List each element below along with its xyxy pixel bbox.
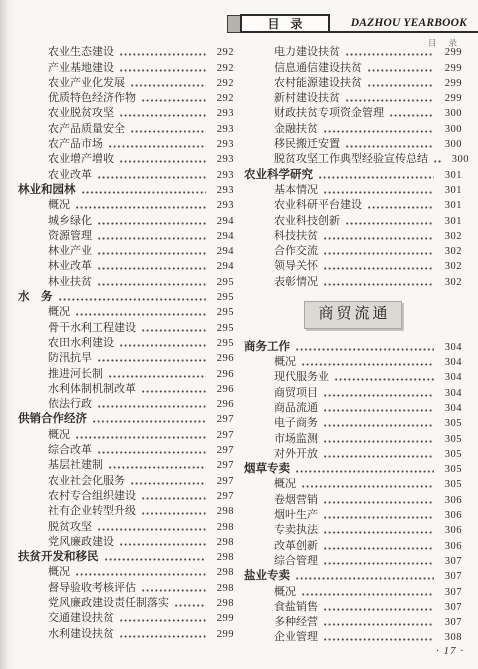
toc-entry-label: 防汛抗旱: [48, 352, 92, 365]
dot-leader: [323, 424, 434, 427]
toc-entry-page: 293: [210, 199, 234, 212]
toc-entry-label: 农业脱贫攻坚: [48, 107, 114, 120]
dot-leader: [323, 562, 434, 565]
dot-leader: [92, 420, 206, 423]
dot-leader: [367, 69, 434, 72]
toc-entry: 食盐销售307: [244, 599, 462, 614]
dot-leader: [97, 451, 206, 454]
dot-leader: [130, 482, 206, 485]
dot-leader: [130, 84, 206, 87]
dot-leader: [141, 390, 206, 393]
dot-leader: [318, 176, 434, 179]
toc-entry-label: 商品流通: [274, 402, 318, 415]
toc-entry: 水利建设扶贫299: [18, 625, 234, 640]
toc-entry-label: 科技扶贫: [274, 230, 318, 243]
toc-entry-label: 依法行政: [48, 398, 92, 411]
toc-entry-page: 300: [445, 153, 469, 166]
toc-entry-page: 304: [438, 387, 462, 400]
toc-entry-page: 305: [438, 448, 462, 461]
dot-leader: [323, 547, 434, 550]
toc-entry: 林业改革294: [18, 258, 234, 273]
toc-entry-page: 304: [438, 371, 462, 384]
dot-leader: [119, 160, 206, 163]
dot-leader: [119, 53, 206, 56]
toc-entry: 农业科技创新301: [244, 212, 462, 227]
dot-leader: [104, 558, 207, 561]
dot-leader: [97, 252, 206, 255]
toc-entry-label: 概况: [48, 306, 70, 319]
toc-entry-label: 城乡绿化: [48, 215, 92, 228]
toc-entry-label: 对外开放: [274, 448, 318, 461]
toc-entry-page: 299: [438, 46, 462, 59]
toc-entry: 市场监测305: [244, 430, 462, 445]
toc-entry: 水利体制机制改革296: [18, 381, 234, 396]
toc-entry-page: 296: [210, 352, 234, 365]
dot-leader: [119, 114, 206, 117]
toc-entry-label: 概况: [48, 429, 70, 442]
toc-entry-page: 297: [210, 413, 234, 426]
toc-entry-label: 产业基地建设: [48, 62, 114, 75]
toc-entry-page: 294: [210, 230, 234, 243]
toc-entry: 企业管理308: [244, 629, 462, 644]
yearbook-toc-page: 目 录 DAZHOU YEARBOOK 目 录 农业生态建设292产业基地建设2…: [0, 0, 478, 669]
dot-leader: [141, 329, 206, 332]
toc-entry-page: 295: [210, 337, 234, 350]
toc-entry-label: 移民搬迁安置: [274, 138, 340, 151]
toc-entry-page: 297: [210, 490, 234, 503]
toc-entry-label: 电子商务: [274, 417, 318, 430]
dot-leader: [323, 501, 434, 504]
toc-entry-label: 烟草专卖: [244, 463, 290, 476]
toc-entry-page: 305: [438, 463, 462, 476]
dot-leader: [75, 206, 206, 209]
toc-entry-page: 298: [210, 551, 234, 564]
toc-entry-page: 299: [438, 77, 462, 90]
toc-entry-page: 299: [438, 92, 462, 105]
toc-entry-label: 综合管理: [274, 555, 318, 568]
toc-entry: 林业和园林293: [18, 182, 234, 197]
dot-leader: [323, 252, 434, 255]
toc-entry-page: 307: [438, 555, 462, 568]
dot-leader: [108, 145, 206, 148]
toc-entry-page: 306: [438, 494, 462, 507]
toc-entry: 概况304: [244, 354, 462, 369]
toc-entry-page: 306: [438, 540, 462, 553]
toc-entry-label: 农业增产增收: [48, 153, 114, 166]
toc-entry: 综合管理307: [244, 553, 462, 568]
toc-entry: 农业增产增收293: [18, 151, 234, 166]
dot-leader: [141, 589, 206, 592]
dot-leader: [97, 267, 206, 270]
part-divider: 商贸流通: [304, 301, 401, 329]
dot-leader: [119, 619, 206, 622]
toc-entry-page: 305: [438, 433, 462, 446]
dot-leader: [323, 237, 434, 240]
toc-entry-label: 交通建设扶贫: [48, 612, 114, 625]
toc-column-right: 电力建设扶贫299信息通信建设扶贫299农村能源建设扶贫299新村建设扶贫299…: [244, 44, 462, 644]
toc-entry-label: 社有企业转型升级: [48, 505, 136, 518]
toc-entry-label: 供销合作经济: [18, 413, 87, 426]
toc-entry: 商务工作304: [244, 339, 462, 354]
toc-entry-page: 296: [210, 368, 234, 381]
toc-entry-page: 307: [438, 601, 462, 614]
toc-entry-page: 295: [210, 291, 234, 304]
toc-entry-page: 298: [210, 582, 234, 595]
dot-leader: [345, 53, 434, 56]
dot-leader: [97, 237, 206, 240]
toc-entry-label: 概况: [274, 356, 296, 369]
toc-entry: 农业改革293: [18, 166, 234, 181]
dot-leader: [323, 283, 434, 286]
toc-entry: 信息通信建设扶贫299: [244, 59, 462, 74]
toc-entry-page: 294: [210, 215, 234, 228]
toc-entry-page: 296: [210, 383, 234, 396]
dot-leader: [433, 160, 441, 163]
toc-entry-page: 302: [438, 276, 462, 289]
dot-leader: [97, 405, 206, 408]
toc-entry-label: 合作交流: [274, 245, 318, 258]
toc-entry-label: 概况: [274, 586, 296, 599]
toc-entry-label: 扶贫开发和移民: [18, 551, 99, 564]
toc-entry-page: 308: [438, 631, 462, 644]
dot-leader: [323, 455, 434, 458]
dot-leader: [323, 623, 434, 626]
toc-entry: 概况307: [244, 583, 462, 598]
dot-leader: [75, 313, 206, 316]
toc-entry: 推进河长制296: [18, 365, 234, 380]
toc-entry: 林业扶贫295: [18, 273, 234, 288]
toc-entry-label: 农业生态建设: [48, 46, 114, 59]
dot-leader: [323, 130, 434, 133]
dot-leader: [75, 436, 206, 439]
dot-leader: [295, 577, 434, 580]
toc-entry-label: 脱贫攻坚: [48, 521, 92, 534]
toc-entry: 新村建设扶贫299: [244, 90, 462, 105]
toc-entry: 供销合作经济297: [18, 411, 234, 426]
toc-entry-page: 293: [210, 123, 234, 136]
toc-entry: 农业社会化服务297: [18, 472, 234, 487]
toc-entry-label: 概况: [48, 566, 70, 579]
dot-leader: [119, 543, 206, 546]
toc-tab: 目 录: [240, 14, 330, 33]
dot-leader: [295, 470, 434, 473]
toc-entry-label: 综合改革: [48, 444, 92, 457]
toc-entry-page: 292: [210, 92, 234, 105]
dot-leader: [108, 375, 206, 378]
toc-entry: 盐业专卖307: [244, 568, 462, 583]
toc-entry-label: 多种经营: [274, 616, 318, 629]
toc-entry-page: 304: [438, 402, 462, 415]
toc-entry-page: 297: [210, 459, 234, 472]
toc-entry-label: 农业改革: [48, 169, 92, 182]
toc-entry-page: 300: [438, 107, 462, 120]
toc-entry: 农业产业化发展292: [18, 75, 234, 90]
toc-entry-label: 现代服务业: [274, 371, 329, 384]
toc-entry: 资源管理294: [18, 228, 234, 243]
yearbook-brand: DAZHOU YEARBOOK: [337, 17, 467, 29]
toc-entry: 农产品质量安全293: [18, 120, 234, 135]
toc-entry: 卷烟营销306: [244, 491, 462, 506]
toc-entry-label: 企业管理: [274, 631, 318, 644]
dot-leader: [97, 528, 206, 531]
dot-leader: [323, 394, 434, 397]
toc-entry: 农业生态建设292: [18, 44, 234, 59]
toc-entry-label: 金融扶贫: [274, 123, 318, 136]
dot-leader: [130, 130, 206, 133]
toc-entry: 表彰情况302: [244, 273, 462, 288]
dot-leader: [301, 593, 434, 596]
toc-entry-page: 300: [438, 138, 462, 151]
toc-entry-label: 水利体制机制改革: [48, 383, 136, 396]
dot-leader: [81, 191, 207, 194]
toc-entry: 科技扶贫302: [244, 228, 462, 243]
toc-entry-label: 林业产业: [48, 245, 92, 258]
dot-leader: [97, 359, 206, 362]
toc-entry: 产业基地建设292: [18, 59, 234, 74]
toc-entry-page: 295: [210, 322, 234, 335]
toc-entry: 对外开放305: [244, 446, 462, 461]
header-tab-square-icon: [227, 15, 241, 33]
toc-entry: 商品流通304: [244, 400, 462, 415]
toc-entry-page: 292: [210, 77, 234, 90]
toc-entry-page: 297: [210, 475, 234, 488]
toc-entry-label: 水 务: [18, 291, 53, 304]
toc-entry-page: 301: [438, 169, 462, 182]
toc-entry-page: 301: [438, 215, 462, 228]
toc-entry-page: 306: [438, 524, 462, 537]
toc-entry: 概况305: [244, 476, 462, 491]
dot-leader: [141, 497, 206, 500]
toc-entry-page: 305: [438, 478, 462, 491]
toc-entry: 脱贫攻坚工作典型经验宣传总结300: [244, 151, 462, 166]
toc-entry-label: 农业社会化服务: [48, 475, 125, 488]
toc-entry-label: 骨干水利工程建设: [48, 322, 136, 335]
toc-entry-page: 293: [210, 184, 234, 197]
dot-leader: [345, 145, 434, 148]
toc-entry-page: 302: [438, 245, 462, 258]
toc-entry: 基本情况301: [244, 182, 462, 197]
dot-leader: [323, 440, 434, 443]
toc-entry-page: 299: [210, 612, 234, 625]
toc-entry-page: 293: [210, 153, 234, 166]
toc-entry-page: 298: [210, 505, 234, 518]
toc-entry-label: 卷烟营销: [274, 494, 318, 507]
toc-entry: 金融扶贫300: [244, 120, 462, 135]
dot-leader: [295, 348, 434, 351]
toc-entry-label: 农田水利建设: [48, 337, 114, 350]
toc-entry-page: 295: [210, 276, 234, 289]
toc-entry-label: 推进河长制: [48, 368, 103, 381]
toc-entry: 概况297: [18, 426, 234, 441]
toc-entry: 现代服务业304: [244, 369, 462, 384]
toc-entry: 农村专合组织建设297: [18, 488, 234, 503]
toc-entry-page: 304: [438, 356, 462, 369]
toc-entry-label: 商贸项目: [274, 387, 318, 400]
toc-entry-label: 党风廉政建设: [48, 536, 114, 549]
toc-entry-page: 307: [438, 616, 462, 629]
toc-entry-page: 302: [438, 230, 462, 243]
toc-entry: 党风廉政建设298: [18, 534, 234, 549]
toc-entry: 督导验收考核评估298: [18, 579, 234, 594]
dot-leader: [97, 222, 206, 225]
toc-entry-label: 改革创新: [274, 540, 318, 553]
toc-entry: 财政扶贫专项资金管理300: [244, 105, 462, 120]
toc-entry: 多种经营307: [244, 614, 462, 629]
toc-entry-page: 293: [210, 138, 234, 151]
toc-entry-page: 294: [210, 260, 234, 273]
toc-entry-label: 脱贫攻坚工作典型经验宣传总结: [274, 153, 428, 166]
toc-entry: 改革创新306: [244, 537, 462, 552]
dot-leader: [119, 69, 206, 72]
toc-entry: 骨干水利工程建设295: [18, 319, 234, 334]
dot-leader: [323, 191, 434, 194]
toc-entry-label: 资源管理: [48, 230, 92, 243]
toc-entry-page: 305: [438, 417, 462, 430]
toc-entry: 农业脱贫攻坚293: [18, 105, 234, 120]
toc-entry: 城乡绿化294: [18, 212, 234, 227]
toc-entry: 电子商务305: [244, 415, 462, 430]
toc-entry-label: 农村专合组织建设: [48, 490, 136, 503]
toc-entry-page: 296: [210, 398, 234, 411]
toc-entry-page: 304: [438, 341, 462, 354]
toc-entry: 专卖执法306: [244, 522, 462, 537]
toc-entry-label: 农业科研平台建设: [274, 199, 362, 212]
toc-entry-page: 292: [210, 62, 234, 75]
toc-entry: 合作交流302: [244, 243, 462, 258]
dot-leader: [119, 344, 206, 347]
toc-entry-page: 301: [438, 184, 462, 197]
toc-entry: 电力建设扶贫299: [244, 44, 462, 59]
toc-entry-page: 292: [210, 46, 234, 59]
toc-entry: 商贸项目304: [244, 384, 462, 399]
toc-entry-page: 299: [438, 62, 462, 75]
toc-column-left: 农业生态建设292产业基地建设292农业产业化发展292优质特色经济作物292农…: [18, 44, 234, 641]
toc-entry-page: 301: [438, 199, 462, 212]
toc-entry: 农业科学研究301: [244, 166, 462, 181]
toc-entry-label: 农产品市场: [48, 138, 103, 151]
toc-entry: 综合改革297: [18, 442, 234, 457]
toc-entry-label: 党风廉政建设责任制落实: [48, 597, 169, 610]
toc-entry: 概况293: [18, 197, 234, 212]
toc-entry: 党风廉政建设责任制落实298: [18, 595, 234, 610]
toc-entry: 林业产业294: [18, 243, 234, 258]
toc-entry-page: 294: [210, 245, 234, 258]
dot-leader: [367, 206, 434, 209]
dot-leader: [141, 99, 206, 102]
toc-entry-label: 电力建设扶贫: [274, 46, 340, 59]
toc-entry-page: 295: [210, 306, 234, 319]
dot-leader: [323, 638, 434, 641]
toc-entry-label: 林业改革: [48, 260, 92, 273]
dot-leader: [301, 485, 434, 488]
toc-entry-label: 农业产业化发展: [48, 77, 125, 90]
dot-leader: [301, 363, 434, 366]
toc-entry-label: 水利建设扶贫: [48, 628, 114, 641]
dot-leader: [174, 604, 206, 607]
toc-entry-label: 农村能源建设扶贫: [274, 77, 362, 90]
toc-entry-label: 农业科学研究: [244, 169, 313, 182]
toc-entry: 水 务295: [18, 289, 234, 304]
toc-entry: 烟叶生产306: [244, 507, 462, 522]
toc-entry-page: 299: [210, 628, 234, 641]
dot-leader: [345, 222, 434, 225]
toc-entry-label: 食盐销售: [274, 601, 318, 614]
toc-entry-label: 基本情况: [274, 184, 318, 197]
toc-entry: 农业科研平台建设301: [244, 197, 462, 212]
dot-leader: [345, 99, 434, 102]
dot-leader: [323, 531, 434, 534]
toc-entry-label: 财政扶贫专项资金管理: [274, 107, 384, 120]
toc-entry-label: 概况: [48, 199, 70, 212]
dot-leader: [97, 176, 206, 179]
toc-entry-label: 新村建设扶贫: [274, 92, 340, 105]
dot-leader: [323, 409, 434, 412]
dot-leader: [367, 84, 434, 87]
dot-leader: [389, 114, 434, 117]
dot-leader: [141, 512, 206, 515]
dot-leader: [323, 516, 434, 519]
dot-leader: [334, 378, 434, 381]
toc-entry-page: 298: [210, 521, 234, 534]
toc-entry: 农产品市场293: [18, 136, 234, 151]
dot-leader: [75, 573, 206, 576]
toc-entry-label: 农业科技创新: [274, 215, 340, 228]
toc-entry: 优质特色经济作物292: [18, 90, 234, 105]
toc-entry: 农田水利建设295: [18, 335, 234, 350]
toc-entry-label: 优质特色经济作物: [48, 92, 136, 105]
toc-entry-page: 297: [210, 429, 234, 442]
toc-entry: 概况295: [18, 304, 234, 319]
toc-entry-page: 298: [210, 536, 234, 549]
folio-page-number: · 17 ·: [436, 645, 464, 657]
toc-entry-page: 293: [210, 169, 234, 182]
toc-entry-label: 烟叶生产: [274, 509, 318, 522]
toc-entry-label: 概况: [274, 478, 296, 491]
toc-entry-page: 298: [210, 597, 234, 610]
toc-entry: 烟草专卖305: [244, 461, 462, 476]
toc-entry: 脱贫攻坚298: [18, 518, 234, 533]
toc-entry: 交通建设扶贫299: [18, 610, 234, 625]
toc-entry: 领导关怀302: [244, 258, 462, 273]
toc-entry-label: 林业和园林: [18, 184, 76, 197]
dot-leader: [119, 635, 206, 638]
toc-entry-label: 盐业专卖: [244, 570, 290, 583]
toc-entry-label: 信息通信建设扶贫: [274, 62, 362, 75]
toc-entry-page: 302: [438, 260, 462, 273]
toc-entry: 扶贫开发和移民298: [18, 549, 234, 564]
dot-leader: [58, 298, 207, 301]
toc-entry-label: 督导验收考核评估: [48, 582, 136, 595]
dot-leader: [97, 283, 206, 286]
toc-entry-page: 297: [210, 444, 234, 457]
toc-entry: 社有企业转型升级298: [18, 503, 234, 518]
toc-entry-label: 表彰情况: [274, 276, 318, 289]
dot-leader: [323, 267, 434, 270]
toc-entry: 概况298: [18, 564, 234, 579]
toc-entry: 防汛抗旱296: [18, 350, 234, 365]
toc-tab-label: 目 录: [263, 15, 306, 32]
toc-entry-page: 298: [210, 566, 234, 579]
toc-entry: 移民搬迁安置300: [244, 136, 462, 151]
dot-leader: [323, 608, 434, 611]
toc-entry: 农村能源建设扶贫299: [244, 75, 462, 90]
toc-entry-page: 293: [210, 107, 234, 120]
toc-entry-page: 307: [438, 586, 462, 599]
toc-entry: 基层社建制297: [18, 457, 234, 472]
toc-entry-label: 农产品质量安全: [48, 123, 125, 136]
toc-entry-page: 306: [438, 509, 462, 522]
toc-entry-page: 307: [438, 570, 462, 583]
